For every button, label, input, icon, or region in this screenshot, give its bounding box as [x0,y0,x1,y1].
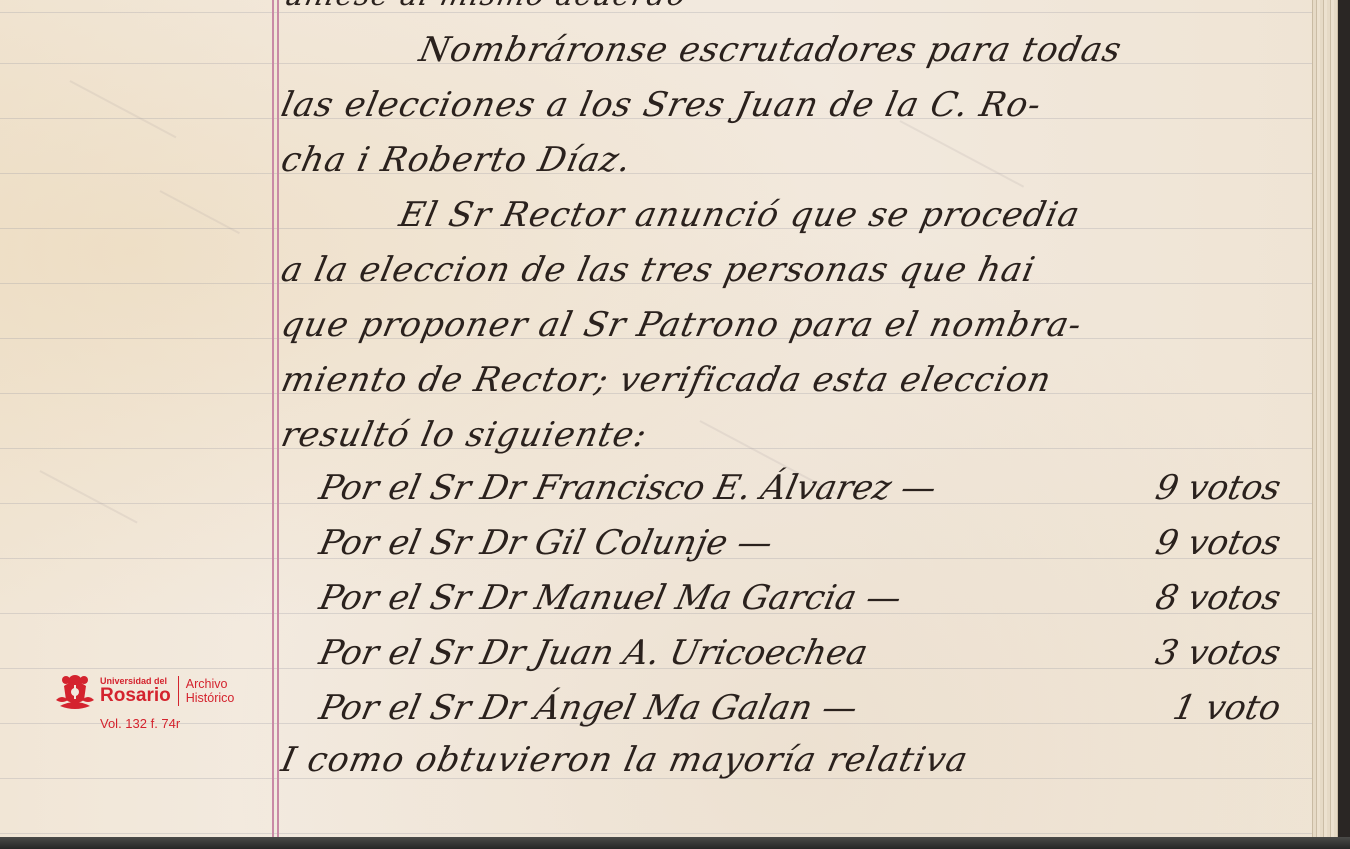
vote-row: Por el Sr Dr Ángel Ma Galan — 1 voto [316,688,1285,728]
institution-name: Rosario [100,686,171,705]
manuscript-line: a la eleccion de las tres personas que h… [278,250,1039,290]
vote-row: Por el Sr Dr Gil Colunje — 9 votos [316,523,1285,563]
page-edges [1312,0,1338,840]
vote-count: 1 voto [1169,688,1284,728]
candidate: Por el Sr Dr Gil Colunje — [316,523,776,563]
manuscript-page: uniese al mismo acuerdo Nombráronse escr… [0,0,1338,840]
margin-line [272,0,279,840]
manuscript-line: uniese al mismo acuerdo [281,0,690,13]
vote-count: 3 votos [1152,633,1284,673]
manuscript-line: Nombráronse escrutadores para todas [416,30,1126,70]
stamp-divider [178,676,179,706]
manuscript-line: que proponer al Sr Patrono para el nombr… [278,305,1086,345]
vote-count: 9 votos [1152,468,1284,508]
candidate: Por el Sr Dr Manuel Ma Garcia — [316,578,905,618]
candidate: Por el Sr Dr Juan A. Uricoechea [316,633,871,673]
archive-watermark: Universidad del Rosario Archivo Históric… [54,670,244,740]
vote-row: Por el Sr Dr Juan A. Uricoechea 3 votos [316,633,1285,673]
manuscript-line: El Sr Rector anunció que se procedia [396,195,1084,235]
vote-count: 8 votos [1152,578,1284,618]
bleed-through-mark [70,80,177,138]
folio-caption: Vol. 132 f. 74r [100,716,244,731]
vote-count: 9 votos [1152,523,1284,563]
vote-row: Por el Sr Dr Francisco E. Álvarez — 9 vo… [316,468,1285,508]
binding-shadow [0,837,1350,849]
ruled-line [0,448,1325,449]
archive-label-line2: Histórico [186,691,235,705]
candidate: Por el Sr Dr Ángel Ma Galan — [316,688,861,728]
manuscript-line: I como obtuvieron la mayoría relativa [278,740,972,780]
manuscript-line: las elecciones a los Sres Juan de la C. … [278,85,1045,125]
bleed-through-mark [40,470,138,523]
manuscript-line: resultó lo siguiente: [278,415,651,455]
manuscript-line: cha i Roberto Díaz. [278,140,635,180]
bleed-through-mark [900,120,1025,187]
candidate: Por el Sr Dr Francisco E. Álvarez — [316,468,940,508]
ruled-line [0,833,1325,834]
ruled-line [0,173,1325,174]
archive-label-line1: Archivo [186,677,235,691]
crest-icon [54,670,96,712]
vote-row: Por el Sr Dr Manuel Ma Garcia — 8 votos [316,578,1285,618]
manuscript-line: miento de Rector; verificada esta elecci… [278,360,1056,400]
